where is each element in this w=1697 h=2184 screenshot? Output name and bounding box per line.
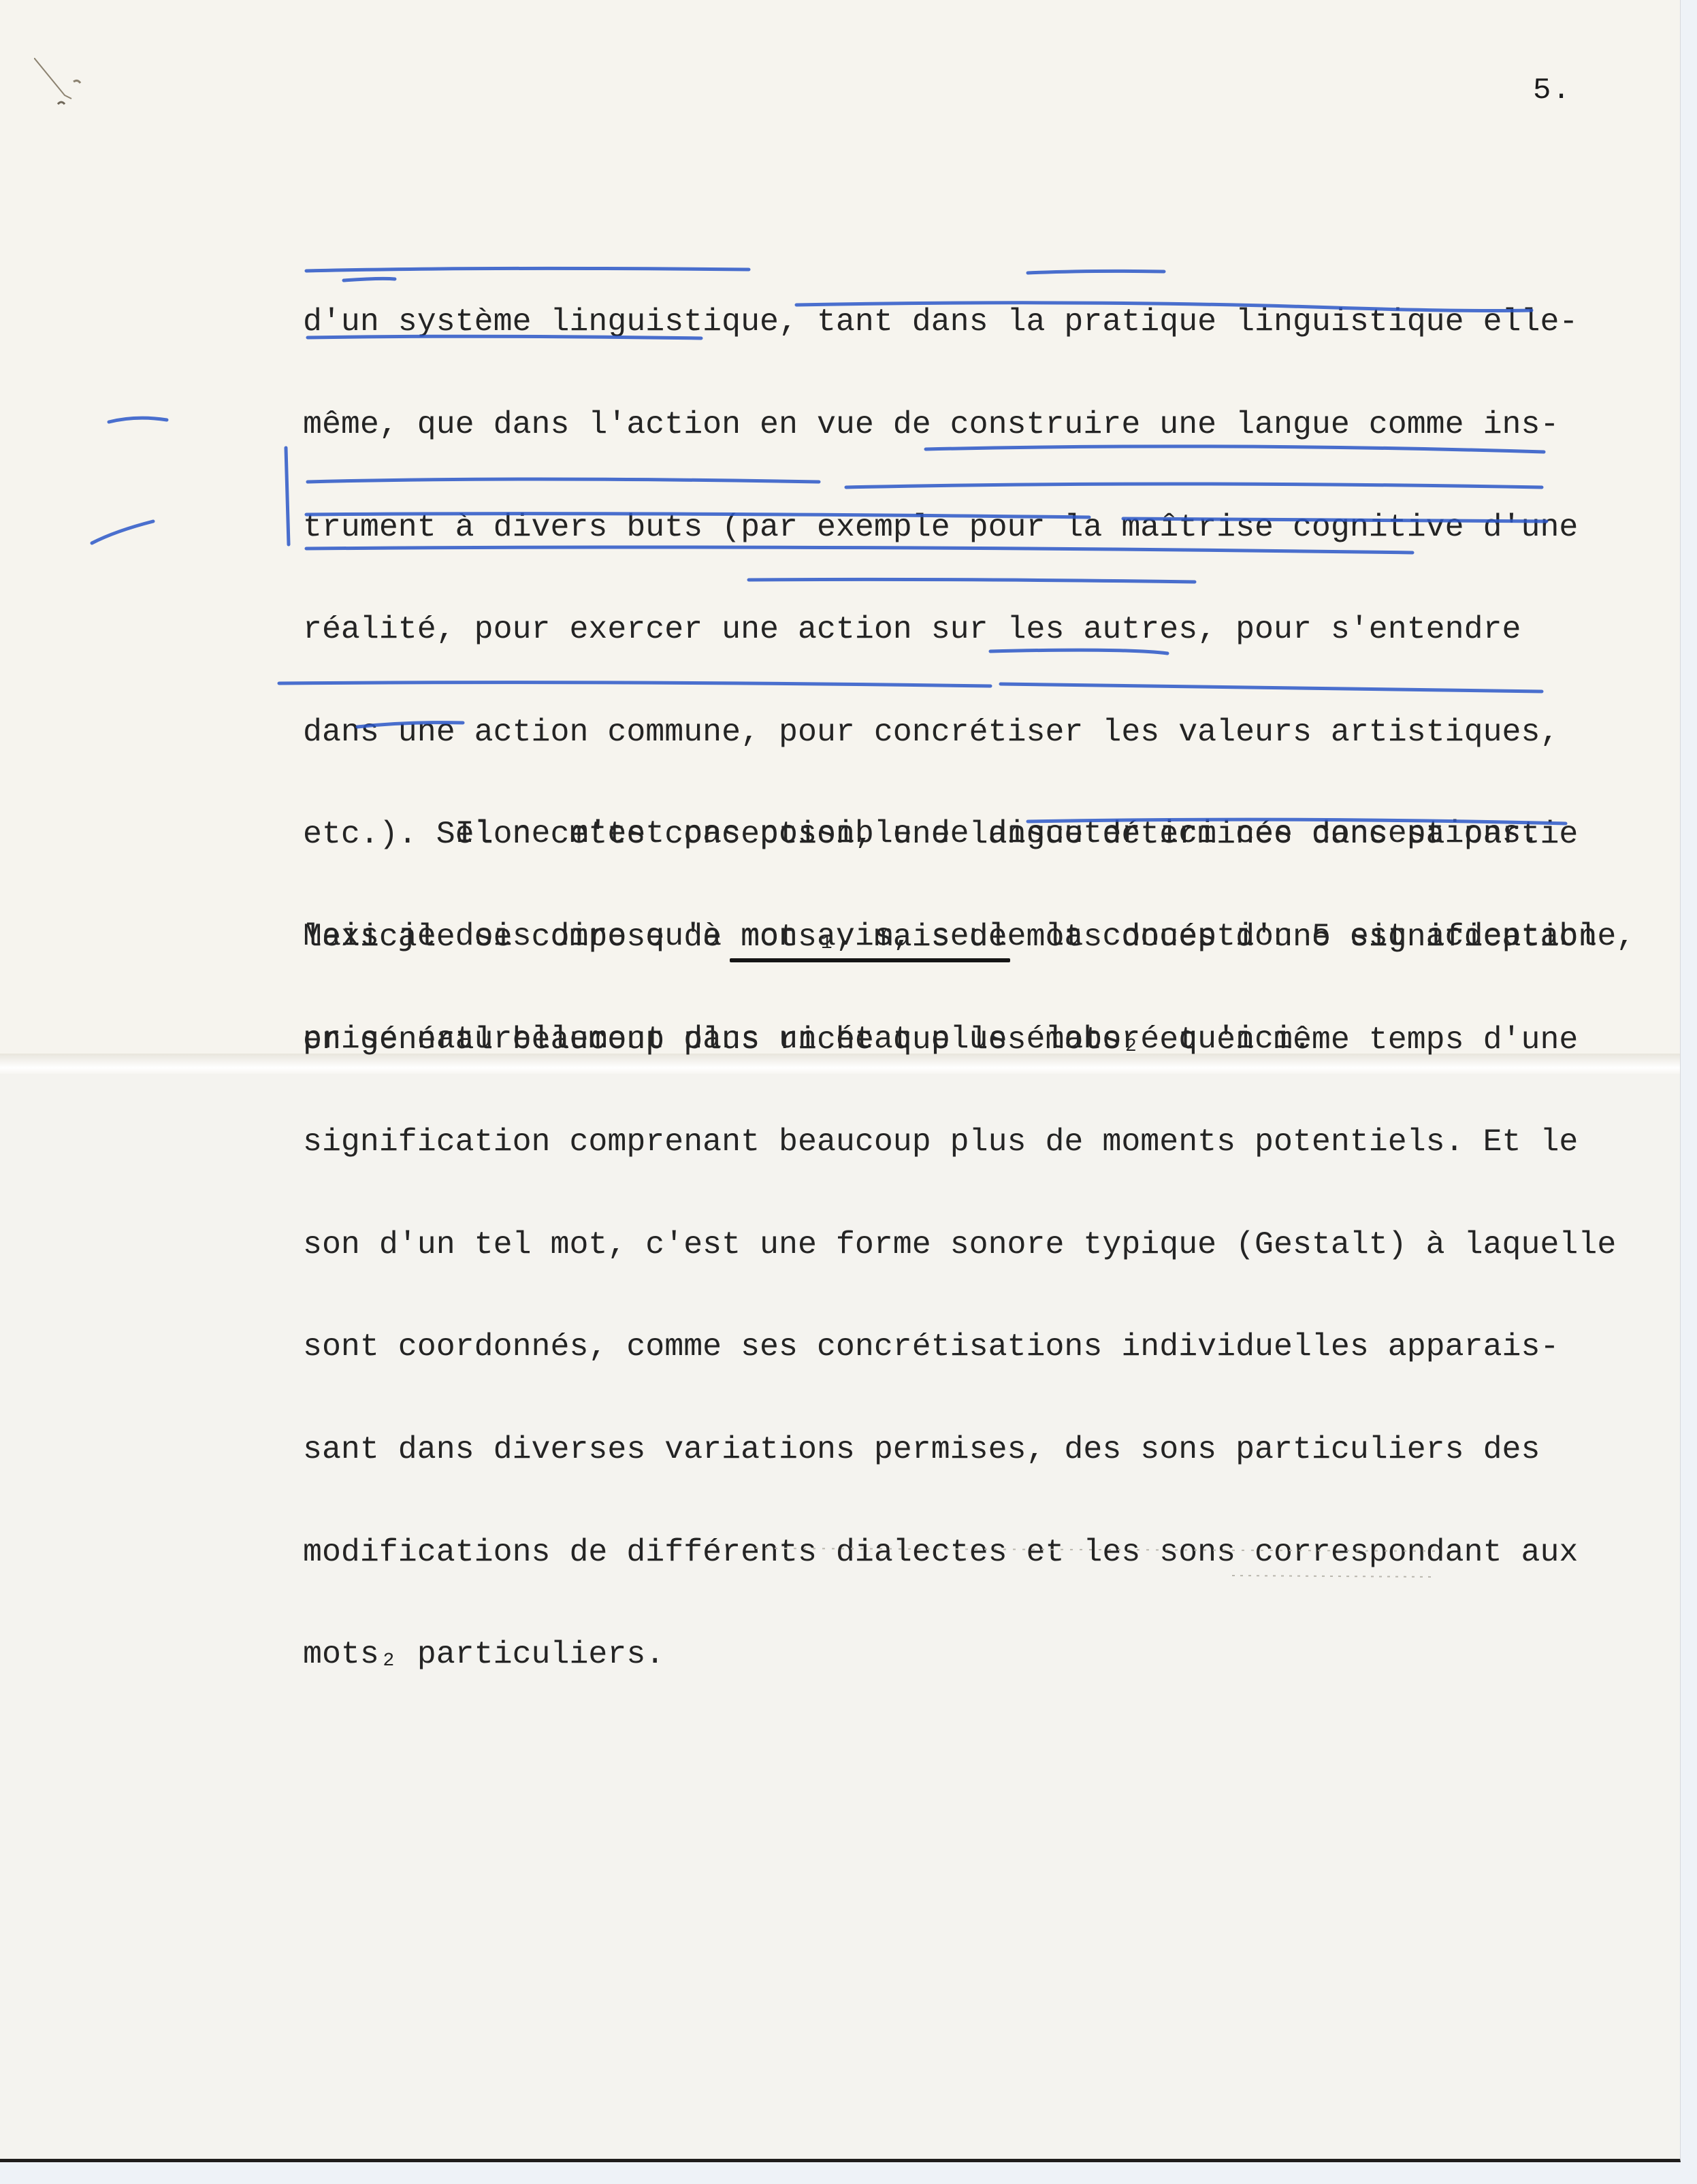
text-line: trument à divers buts (par exemple pour …	[303, 510, 1616, 544]
staple-mark-icon	[34, 58, 109, 140]
text-line: signification comprenant beaucoup plus d…	[303, 1125, 1616, 1159]
text-line: réalité, pour exercer une action sur les…	[303, 613, 1616, 647]
text-line: sant dans diverses variations permises, …	[303, 1433, 1616, 1467]
text-line: sont coordonnés, comme ses concrétisatio…	[303, 1330, 1616, 1364]
text-line: même, que dans l'action en vue de constr…	[303, 408, 1616, 442]
paper-sheet: 5. d'un système linguistique, tant dans …	[0, 0, 1681, 2162]
text-line: Mais je dois dire qu'à mon avis, seule l…	[303, 919, 1635, 954]
section-separator-rule	[730, 958, 1010, 962]
text-line: mots₂ particuliers.	[303, 1637, 1616, 1672]
paragraph-2: Il ne m'est pas possible de discuter ici…	[303, 749, 1635, 1124]
faint-offset-marks	[715, 1542, 1464, 1582]
text-line: d'un système linguistique, tant dans la …	[303, 305, 1616, 339]
text-line: dans une action commune, pour concrétise…	[303, 715, 1616, 749]
text-line: prise naturellement dans un état plus él…	[303, 1022, 1635, 1056]
text-line: son d'un tel mot, c'est une forme sonore…	[303, 1228, 1616, 1262]
page-number: 5.	[1533, 74, 1572, 108]
text-line: Il ne m'est pas possible de discuter ici…	[303, 817, 1635, 851]
